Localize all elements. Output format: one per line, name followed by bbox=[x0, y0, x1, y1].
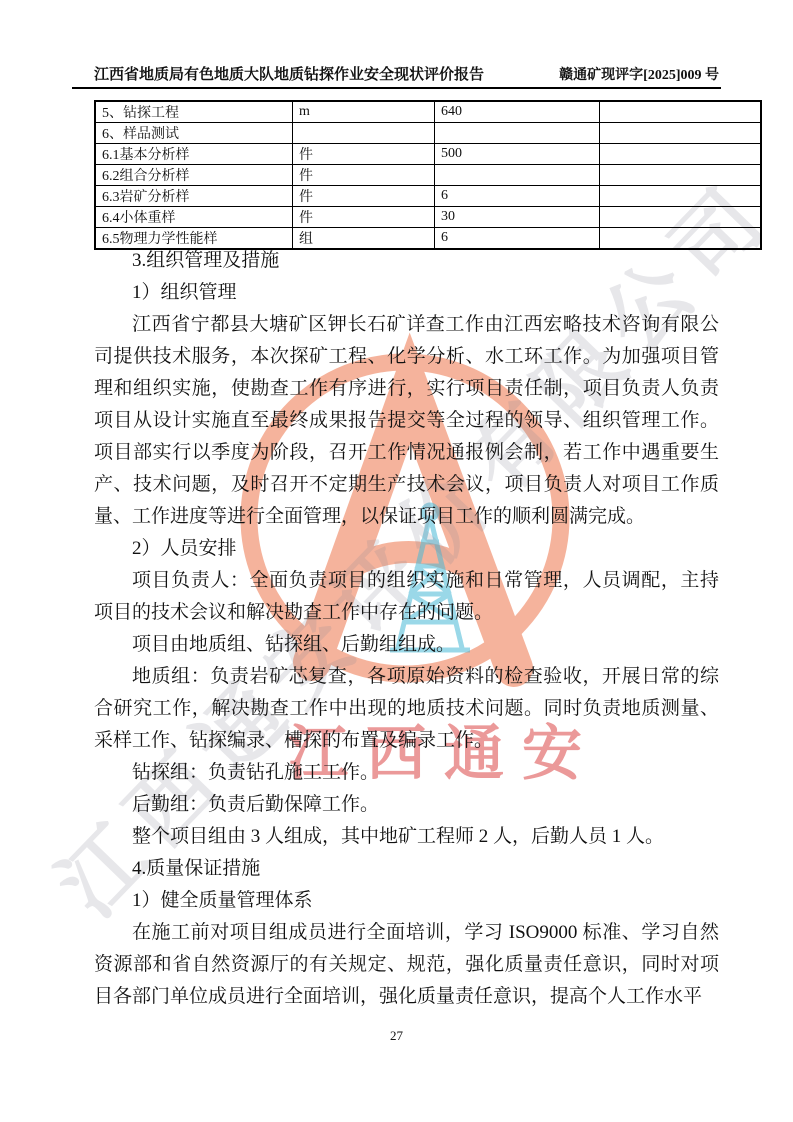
sub-heading: 1）组织管理 bbox=[94, 277, 719, 309]
paragraph: 整个项目组由 3 人组成，其中地矿工程师 2 人，后勤人员 1 人。 bbox=[94, 821, 719, 853]
doc-number-year: [2025] bbox=[643, 68, 680, 83]
cell-note bbox=[600, 144, 762, 165]
table-row: 6.2组合分析样 件 bbox=[95, 165, 761, 186]
cell-item: 6.2组合分析样 bbox=[95, 165, 293, 186]
paragraph: 项目负责人：全面负责项目的组织实施和日常管理，人员调配，主持项目的技术会议和解决… bbox=[94, 565, 719, 629]
cell-item: 6.3岩矿分析样 bbox=[95, 186, 293, 207]
section-heading: 3.组织管理及措施 bbox=[94, 245, 719, 277]
cell-unit: m bbox=[293, 101, 435, 123]
paragraph: 钻探组：负责钻孔施工工作。 bbox=[94, 757, 719, 789]
doc-number-suffix: 009 号 bbox=[681, 68, 720, 83]
page-number: 27 bbox=[0, 1028, 793, 1044]
cell-unit: 件 bbox=[293, 144, 435, 165]
doc-number-prefix: 赣通矿现评字 bbox=[559, 68, 643, 83]
cell-item: 6、样品测试 bbox=[95, 123, 293, 144]
table-row: 6.3岩矿分析样 件 6 bbox=[95, 186, 761, 207]
cell-unit: 件 bbox=[293, 186, 435, 207]
page-content: 江西省地质局有色地质大队地质钻探作业安全现状评价报告 赣通矿现评字[2025]0… bbox=[0, 0, 793, 1122]
cell-value bbox=[435, 165, 600, 186]
table-row: 6、样品测试 bbox=[95, 123, 761, 144]
cell-value: 640 bbox=[435, 101, 600, 123]
paragraph: 地质组：负责岩矿芯复查，各项原始资料的检查验收，开展日常的综合研究工作，解决勘查… bbox=[94, 661, 719, 757]
table-row: 5、钻探工程 m 640 bbox=[95, 101, 761, 123]
cell-unit: 件 bbox=[293, 207, 435, 228]
paragraph: 后勤组：负责后勤保障工作。 bbox=[94, 789, 719, 821]
header-divider bbox=[72, 87, 721, 89]
section-heading: 4.质量保证措施 bbox=[94, 853, 719, 885]
cell-item: 6.1基本分析样 bbox=[95, 144, 293, 165]
work-quantity-table: 5、钻探工程 m 640 6、样品测试 6.1基本分析样 件 500 bbox=[94, 100, 762, 250]
cell-item: 6.4小体重样 bbox=[95, 207, 293, 228]
cell-value: 30 bbox=[435, 207, 600, 228]
table-row: 6.4小体重样 件 30 bbox=[95, 207, 761, 228]
cell-note bbox=[600, 207, 762, 228]
cell-value: 6 bbox=[435, 186, 600, 207]
cell-note bbox=[600, 165, 762, 186]
cell-unit bbox=[293, 123, 435, 144]
cell-value bbox=[435, 123, 600, 144]
body-text: 3.组织管理及措施 1）组织管理 江西省宁都县大塘矿区钾长石矿详查工作由江西宏略… bbox=[94, 245, 719, 1013]
cell-item: 5、钻探工程 bbox=[95, 101, 293, 123]
cell-note bbox=[600, 123, 762, 144]
sub-heading: 2）人员安排 bbox=[94, 533, 719, 565]
paragraph: 项目由地质组、钻探组、后勤组组成。 bbox=[94, 629, 719, 661]
paragraph: 江西省宁都县大塘矿区钾长石矿详查工作由江西宏略技术咨询有限公司提供技术服务，本次… bbox=[94, 309, 719, 533]
table-row: 6.1基本分析样 件 500 bbox=[95, 144, 761, 165]
header-document-number: 赣通矿现评字[2025]009 号 bbox=[559, 64, 719, 84]
cell-note bbox=[600, 186, 762, 207]
sub-heading: 1）健全质量管理体系 bbox=[94, 885, 719, 917]
cell-unit: 件 bbox=[293, 165, 435, 186]
paragraph: 在施工前对项目组成员进行全面培训，学习 ISO9000 标准、学习自然资源部和省… bbox=[94, 917, 719, 1013]
cell-note bbox=[600, 101, 762, 123]
document-page: 江西通安评价有限公司 江西通安 江西省地质局有色地质大队地质钻探作业安全现状评价… bbox=[0, 0, 793, 1122]
header-report-title: 江西省地质局有色地质大队地质钻探作业安全现状评价报告 bbox=[94, 63, 484, 84]
cell-value: 500 bbox=[435, 144, 600, 165]
